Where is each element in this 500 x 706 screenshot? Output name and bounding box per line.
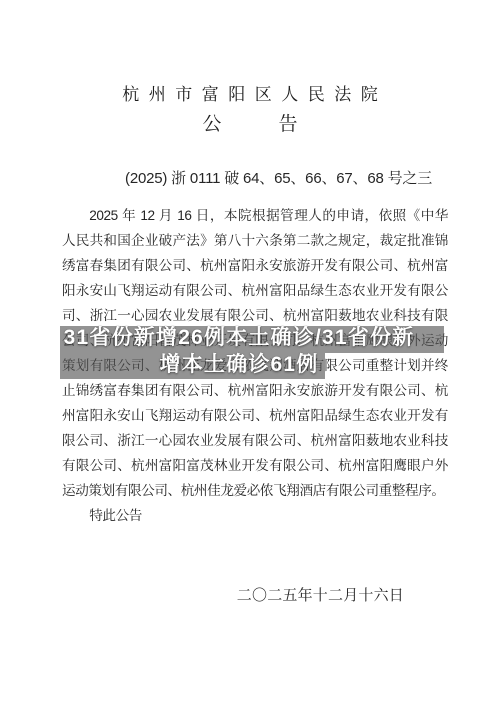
body-line: 限公司、浙江一心园农业发展有限公司、杭州富阳薮地农业科技 [62,428,448,453]
body-line: 人民共和国企业破产法》第八十六条第二款之规定，裁定批准锦 [62,228,448,253]
closing-line: 特此公告 [62,503,448,528]
notice-title: 公 告 [0,109,500,136]
body-line: 绣富春集团有限公司、杭州富阳永安旅游开发有限公司、杭州富 [62,253,448,278]
date-line: 二〇二五年十二月十六日 [62,584,404,605]
headline-overlay-text: 31省份新增26例本土确诊/31省份新 增本土确诊61例 [60,325,444,378]
case-number: (2025) 浙 0111 破 64、65、66、67、68 号之三 [62,167,432,188]
body-line: 州富阳永安山飞翔运动有限公司、杭州富阳品绿生态农业开发有 [62,403,448,428]
court-name-title: 杭州市富阳区人民法院 [0,80,500,105]
body-line: 止锦绣富春集团有限公司、杭州富阳永安旅游开发有限公司、杭 [62,378,448,403]
body-line: 运动策划有限公司、杭州佳龙爱必侬飞翔酒店有限公司重整程序。 [62,478,448,503]
body-line: 阳永安山飞翔运动有限公司、杭州富阳品绿生态农业开发有限公 [62,278,448,303]
body-line: 2025 年 12 月 16 日，本院根据管理人的申请，依照《中华 [62,203,448,228]
body-line: 有限公司、杭州富阳富茂林业开发有限公司、杭州富阳鹰眼户外 [62,453,448,478]
document-page: 杭州市富阳区人民法院 公 告 (2025) 浙 0111 破 64、65、66、… [0,0,500,706]
